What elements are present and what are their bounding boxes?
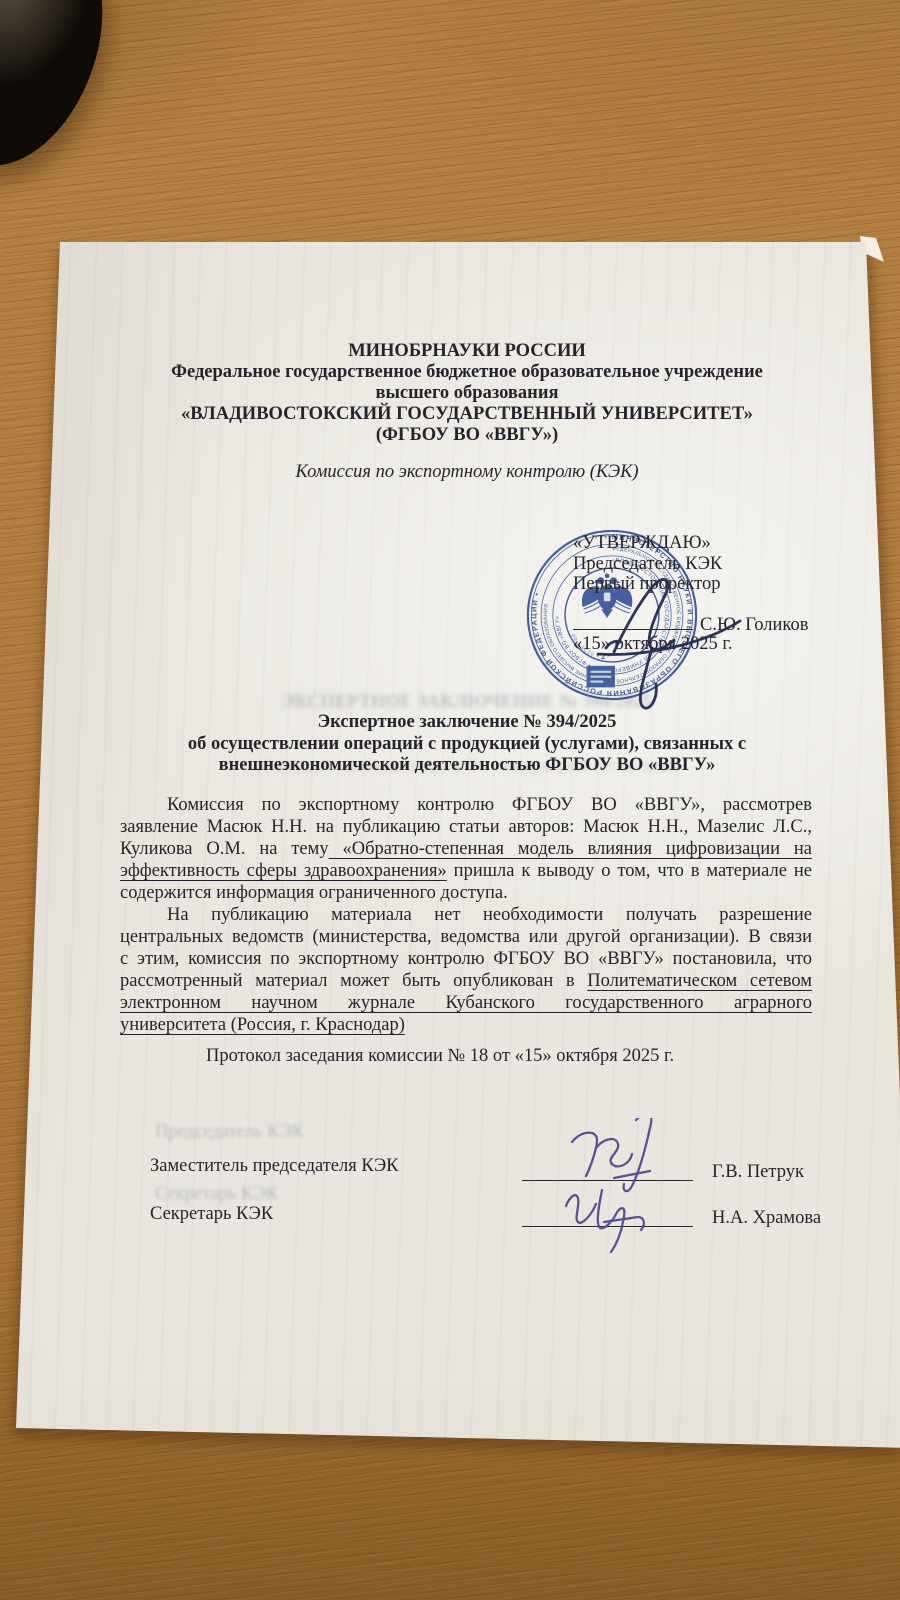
photo-of-document: { "colors":{"stamp_blue":"#2d4f9e","ink_… (0, 0, 900, 1600)
ghost-role1-bleed: Председатель КЭК (155, 1122, 304, 1143)
sig-row1-role: Заместитель председателя КЭК (150, 1156, 399, 1177)
paragraph-line: Комиссия по экспортному контролю ФГБОУ В… (120, 794, 812, 816)
golikov-signature-ink (540, 560, 780, 720)
protocol-line: Протокол заседания комиссии № 18 от «15»… (120, 1046, 812, 1067)
ministry-name: МИНОБРНАУКИ РОССИИ (120, 341, 814, 362)
title-line-2: об осуществлении операций с продукцией (… (120, 734, 814, 756)
paragraph-line: с этим, комиссия по экспортному контролю… (120, 948, 812, 970)
paragraph-line: содержится информация ограниченного дост… (120, 882, 812, 904)
sig-row1-name: Г.В. Петрук (712, 1162, 804, 1183)
paragraph-2: На публикацию материала нет необходимост… (120, 904, 812, 1036)
paragraph-line: На публикацию материала нет необходимост… (120, 904, 812, 926)
paragraph-line: рассмотренный материал может быть опубли… (120, 970, 812, 992)
approval-word: «УТВЕРЖДАЮ» (573, 533, 722, 554)
institution-type-line: Федеральное государственное бюджетное об… (120, 362, 814, 383)
committee-name: Комиссия по экспортному контролю (КЭК) (120, 462, 814, 483)
education-level-line: высшего образования (120, 383, 814, 404)
paragraph-line: заявление Масюк Н.Н. на публикацию стать… (120, 816, 812, 838)
university-abbr: (ФГБОУ ВО «ВВГУ») (120, 425, 814, 446)
paragraph-line: Куликова О.М. на тему «Обратно-степенная… (120, 838, 812, 860)
university-name: «ВЛАДИВОСТОКСКИЙ ГОСУДАРСТВЕННЫЙ УНИВЕРС… (120, 404, 814, 425)
paragraph-line: электронном научном журнале Кубанского г… (120, 992, 812, 1014)
sig-row2-role: Секретарь КЭК (150, 1204, 273, 1225)
paragraph-line: эффективность сферы здравоохранения» при… (120, 860, 812, 882)
title-line-3: внешнеэкономической деятельностью ФГБОУ … (120, 755, 814, 777)
sig-row2-name: Н.А. Храмова (712, 1208, 821, 1229)
khramova-signature-ink (548, 1185, 658, 1257)
paragraph-line: центральных ведомств (министерства, ведо… (120, 926, 812, 948)
paragraph-line: университета (Россия, г. Краснодар) (120, 1014, 812, 1036)
doc-header: МИНОБРНАУКИ РОССИИ Федеральное государст… (120, 341, 814, 446)
title-line-1: Экспертное заключение № 394/2025 (120, 712, 814, 734)
paragraph-1: Комиссия по экспортному контролю ФГБОУ В… (120, 794, 812, 904)
ghost-role2-bleed: Секретарь КЭК (155, 1184, 278, 1205)
doc-title: Экспертное заключение № 394/2025 об осущ… (120, 712, 814, 777)
